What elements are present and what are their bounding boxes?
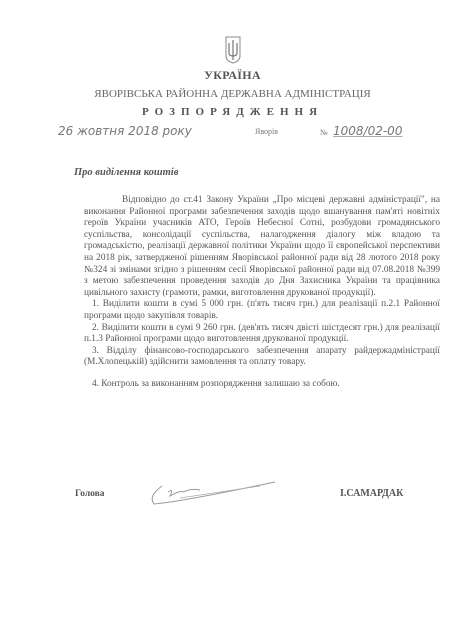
document-place: Яворів xyxy=(255,127,278,136)
signer-position: Голова xyxy=(75,489,105,499)
number-label: № xyxy=(320,128,328,137)
document-subject: Про виділення коштів xyxy=(74,167,178,178)
country-title: УКРАЇНА xyxy=(0,68,465,83)
order-item: 2. Виділити кошти в сумі 9 260 грн. (дев… xyxy=(84,323,440,346)
administration-title: ЯВОРІВСЬКА РАЙОННА ДЕРЖАВНА АДМІНІСТРАЦІ… xyxy=(0,88,465,100)
document-number: 1008/02-00 xyxy=(333,124,402,138)
order-item: 1. Виділити кошти в сумі 5 000 грн. (п'я… xyxy=(84,299,440,322)
order-item: 3. Відділу фінансово-господарського забе… xyxy=(84,346,440,369)
document-page: УКРАЇНА ЯВОРІВСЬКА РАЙОННА ДЕРЖАВНА АДМІ… xyxy=(0,0,465,640)
document-type: РОЗПОРЯДЖЕННЯ xyxy=(0,106,465,118)
order-item: 4. Контроль за виконанням розпорядження … xyxy=(84,379,440,391)
document-date: 26 жовтня 2018 року xyxy=(58,124,192,138)
trident-coat-of-arms-icon xyxy=(225,36,241,64)
signer-name: І.САМАРДАК xyxy=(340,488,403,499)
handwritten-signature-icon xyxy=(140,478,280,512)
document-body: Відповідно до ст.41 Закону України „Про … xyxy=(84,195,440,391)
preamble-paragraph: Відповідно до ст.41 Закону України „Про … xyxy=(84,195,440,299)
